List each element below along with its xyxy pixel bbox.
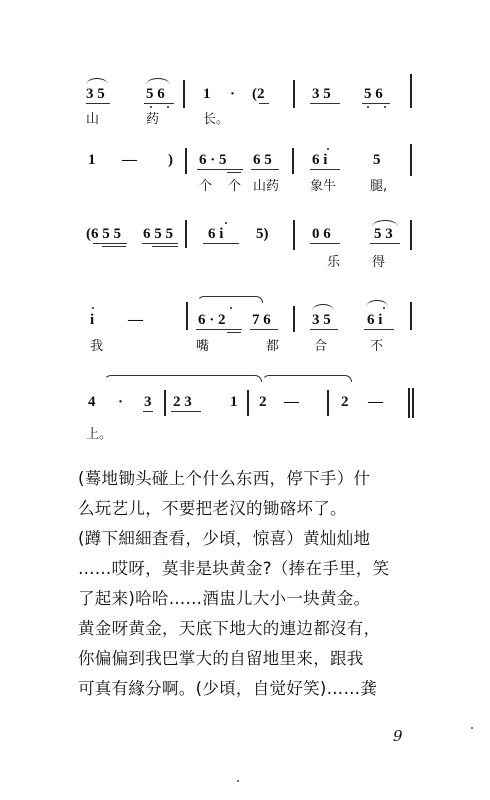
slur [312, 304, 334, 311]
barline [164, 390, 166, 416]
slur [86, 78, 108, 85]
dash: — [368, 394, 383, 410]
barline [293, 306, 295, 332]
lyric: 不 [370, 340, 383, 354]
note-group: 6 i [312, 152, 327, 168]
underline [203, 243, 239, 244]
high-octave-dot [225, 222, 227, 224]
note-group: 7 6 [252, 312, 271, 328]
note-group: 6 i [208, 226, 223, 242]
underline [86, 103, 110, 104]
underline [143, 411, 153, 412]
scan-speck [237, 780, 239, 782]
underline [142, 243, 178, 244]
lyric: 山药 [253, 180, 279, 194]
low-octave-dot [167, 106, 169, 108]
lyric: 嘴 [196, 340, 209, 354]
note: 3 [144, 394, 152, 410]
underline [227, 332, 241, 333]
underline [171, 411, 201, 412]
note-group: 6 · 2 [198, 312, 226, 328]
barline [410, 220, 412, 250]
book-page: 3 5 5 6 1 · (2 3 5 5 6 山 药 长。 1 — ) 6 · … [0, 0, 490, 800]
note-group: 3 5 [312, 86, 331, 102]
note: 1 [88, 152, 96, 168]
text-line: 可真有緣分啊。(少頃，自觉好笑)……龚 [78, 674, 423, 704]
note: (2 [252, 86, 265, 102]
text-line: 你偏偏到我巴掌大的自留地里来，跟我 [78, 644, 423, 674]
underline [310, 329, 338, 330]
barline [293, 220, 295, 250]
slur [146, 78, 170, 85]
note: i [90, 312, 94, 328]
note: 5 [373, 152, 381, 168]
underline [370, 243, 400, 244]
lyric: 山 [86, 113, 99, 127]
barline [185, 148, 187, 174]
text-line: 黄金呀黄金，天底下地大的連边都沒有， [78, 614, 423, 644]
text-line: (蹲下細細査看，少頃，惊喜）黄灿灿地 [78, 524, 423, 554]
note-group: 0 6 [312, 226, 331, 242]
underline [310, 169, 340, 170]
lyric: 我 [90, 340, 103, 354]
lyric: 个 [228, 180, 241, 194]
note-group: 5 3 [374, 226, 393, 242]
slur [366, 300, 388, 307]
dot-note: · [230, 86, 235, 102]
barline [185, 220, 187, 248]
low-octave-dot [367, 106, 369, 108]
underline [310, 103, 340, 104]
barline [186, 302, 188, 330]
lyric: 乐 [327, 256, 340, 270]
note: 1 [230, 394, 238, 410]
underline [93, 243, 127, 244]
note-group: 6 5 5 [143, 226, 173, 242]
note-group: 6 5 [253, 152, 272, 168]
page-number: 9 [393, 727, 403, 745]
low-octave-dot [384, 106, 386, 108]
stage-directions-text: (蓦地锄头碰上个什么东西，停下手）什 么玩艺儿，不要把老汉的锄碦坏了。 (蹲下細… [78, 464, 423, 704]
underline [152, 246, 178, 247]
lyric: 象牛 [310, 180, 336, 194]
barline [327, 390, 329, 416]
underline [144, 103, 174, 104]
high-octave-dot [92, 307, 94, 309]
text-line: (蓦地锄头碰上个什么东西，停下手）什 [78, 464, 423, 494]
paren: ) [168, 152, 173, 168]
lyric: 合 [314, 340, 327, 354]
note: 4 [88, 394, 96, 410]
dash: — [284, 394, 299, 410]
text-line: 么玩艺儿，不要把老汉的锄碦坏了。 [78, 494, 423, 524]
text-line: 了起来)哈哈……酒盅儿大小一块黄金。 [78, 584, 423, 614]
lyric: 都 [266, 340, 279, 354]
note: 1 [203, 86, 211, 102]
barline [292, 148, 294, 174]
barline [183, 80, 185, 108]
dot-note: · [118, 394, 123, 410]
lyric: 个 [199, 180, 212, 194]
note-group: 3 5 [312, 312, 331, 328]
underline [251, 169, 279, 170]
note: 5) [256, 226, 269, 242]
underline [196, 329, 242, 330]
underline [250, 329, 278, 330]
note-group: 2 3 [173, 394, 192, 410]
barline [293, 80, 295, 108]
underline [259, 103, 269, 104]
lyric: 得 [372, 256, 385, 270]
underline [102, 246, 126, 247]
note-group: 6 i [367, 312, 382, 328]
final-barline-thin [408, 388, 410, 418]
note: 2 [259, 394, 267, 410]
slur [197, 296, 263, 303]
underline [197, 169, 243, 170]
lyric: 药 [146, 113, 159, 127]
slur [104, 375, 262, 382]
barline [410, 302, 412, 330]
dash: — [122, 152, 137, 168]
scan-speck [471, 727, 473, 729]
underline [227, 172, 241, 173]
lyric: 腿, [370, 180, 387, 194]
barline [247, 390, 249, 416]
note-group: (6 5 5 [86, 226, 121, 242]
dash: — [128, 312, 143, 328]
low-octave-dot [150, 106, 152, 108]
note-group: 5 6 [146, 86, 165, 102]
note: 2 [341, 394, 349, 410]
note-group: 3 5 [86, 86, 105, 102]
underline [310, 243, 340, 244]
lyric: 上。 [86, 428, 112, 442]
barline [410, 144, 412, 176]
note-group: 6 · 5 [199, 152, 227, 168]
final-barline-thick [412, 388, 414, 418]
high-octave-dot [230, 307, 232, 309]
note-group: 5 6 [364, 86, 383, 102]
text-line: ……哎呀，莫非是块黄金?（捧在手里，笑 [78, 554, 423, 584]
slur [262, 375, 352, 382]
lyric: 长。 [203, 113, 229, 127]
high-octave-dot [383, 307, 385, 309]
underline [364, 329, 394, 330]
barline [410, 74, 412, 108]
underline [362, 103, 390, 104]
high-octave-dot [327, 148, 329, 150]
